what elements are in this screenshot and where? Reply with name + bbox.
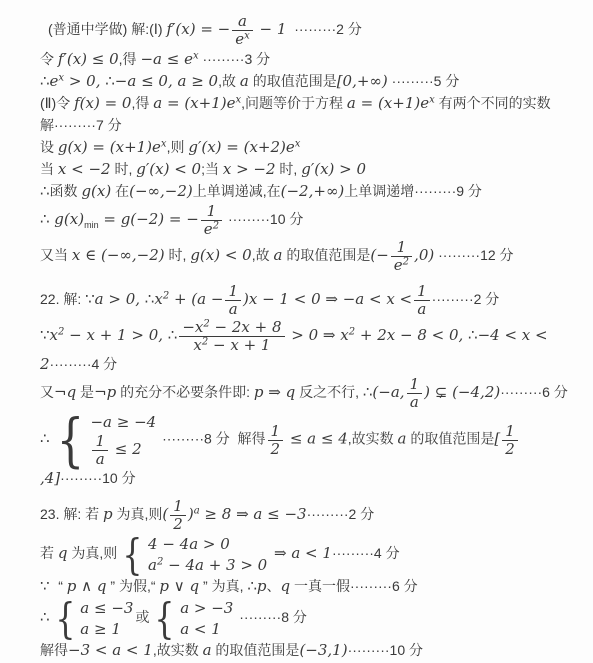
text-run: ⇒ a < 1 [269,544,332,562]
text-run: 或 [135,609,149,625]
text-run: p ⇒ q [254,383,295,401]
text-run: ,故 [252,247,274,263]
solution-line-18: ∴{a ≤ −3a ≥ 1或{a > −3a < 1 ·········8 分 [40,598,587,639]
text-run: ·········2 分 [432,291,500,307]
text-run: 1 [397,238,407,256]
text-run: ∴e [40,72,58,90]
fraction-denominator: 2 [268,441,284,458]
text-run: 是 [76,384,94,400]
text-run: a [203,641,212,659]
text-run: 1 [95,432,105,450]
text-run: ( [162,505,168,523]
text-run: 2 [173,515,183,533]
left-brace: { [55,600,75,638]
text-run: ·········12 分 [434,247,513,263]
fraction-denominator: a [407,394,423,411]
left-brace: { [56,414,84,466]
fraction-denominator: x2 − x + 1 [179,337,284,354]
text-run: 又当 [40,247,72,263]
text-run: [0,+∞) [337,72,388,90]
superscript: 2 [403,256,409,267]
cases-system: {4 − 4a > 0a2 − 4a + 3 > 0 [119,534,267,575]
text-run: ·········10 分 [348,642,423,658]
text-run: 、 [267,578,281,594]
solution-line-4: (Ⅱ)令 f(x) = 0,得 a = (x+1)ex,问题等价于方程 a = … [40,93,587,114]
text-run: 解·········7 分 [40,117,122,133]
text-run: ¬p [94,383,116,401]
fraction-denominator: ex [232,31,253,48]
text-run: a [229,300,238,318]
fraction: 12 [268,423,284,458]
superscript: x [244,30,250,41]
text-run: − x + 1 [208,336,270,354]
fraction-denominator: e2 [391,257,412,274]
solution-line-10: 又当 x ∈ (−∞,−2) 时, g(x) < 0,故 a 的取值范围是(−1… [40,239,587,274]
solution-line-9: ∴ g(x)min = g(−2) = −1e2 ·········10 分 [40,203,587,238]
text-run: (−∞,−2) [129,182,193,200]
text-run: 为真,则 [113,506,163,522]
cases-rows: a ≤ −3a ≥ 1 [80,598,133,639]
fraction-numerator: 1 [407,376,423,394]
text-run: a [148,556,157,574]
text-run: (−3,1) [299,641,347,659]
fraction-numerator: 1 [225,283,241,301]
text-run: 解得 [40,642,68,658]
fraction-numerator: a [232,13,253,31]
text-run: 1 [410,375,420,393]
fraction-numerator: 1 [170,498,186,516]
text-run: ∵x [40,326,58,344]
text-run: 的取值范围是 [212,642,300,658]
text-run: ,故 [218,73,240,89]
text-run: ·········5 分 [388,73,460,89]
fraction-denominator: a [92,451,108,468]
solution-line-8: ∴函数 g(x) 在(−∞,−2)上单调递减,在(−2,+∞)上单调递增····… [40,181,587,202]
text-run: p [103,505,113,523]
solution-line-5: 解·········7 分 [40,115,587,136]
cases-row: −a ≥ −4 [90,412,156,432]
text-run: ,则 [167,139,189,155]
text-run: ·········2 分 [286,21,361,37]
text-run: a ≥ 1 [80,620,121,638]
cases-row: a ≤ −3 [80,598,133,618]
text-run: 1 [417,282,427,300]
text-run: 的取值范围是 [249,73,337,89]
text-run: ≤ a ≤ 4 [285,430,348,448]
text-run: x > −2 [223,160,276,178]
fraction: aex [232,13,253,48]
text-run: 上单调递增·········9 分 [344,183,482,199]
text-run: 有两个不同的实数 [435,95,551,111]
text-run: 4 − 4a > 0 [148,535,230,553]
fraction: 1a [225,283,241,318]
text-run: −a ≤ e [140,50,193,68]
text-run: 若 [40,545,58,561]
fraction-numerator: 1 [92,433,108,451]
text-run: 令 [40,51,58,67]
fraction-numerator: 1 [268,423,284,441]
text-run: 1 [505,422,515,440]
solution-lines: (普通中学做) 解:(Ⅰ) f′(x) = −aex − 1 ·········… [40,13,587,661]
text-run: ·········4 分 [50,356,118,372]
fraction: 1a [92,433,108,468]
fraction: 1e2 [391,239,412,274]
text-run: −3 < a < 1 [68,641,153,659]
text-run: 上单调递减,在 [193,183,281,199]
text-run: (− [370,246,388,264]
text-run: ∴ [40,608,50,626]
superscript: x [295,138,301,149]
text-run: e [204,220,213,238]
fraction-numerator: 1 [201,203,222,221]
text-run: e [235,30,244,48]
solution-line-2: 令 f′(x) ≤ 0,得 −a ≤ ex ·········3 分 [40,49,587,70]
cases-row: a < 1 [180,619,233,639]
text-run: a ≤ −3 [80,599,133,617]
text-run: a [240,72,249,90]
solution-line-17: ∵ “ p ∧ q ” 为假,“ p ∨ q ” 为真, ∴p、q 一真一假··… [40,576,587,597]
text-run: 在 [111,183,129,199]
text-run: 为真,则 [68,545,118,561]
text-run: ) ⊊ (−4,2) [424,383,500,401]
cases-system: {a > −3a < 1 [151,598,233,639]
text-run: ·········10 分 [224,211,303,227]
fraction-denominator: e2 [201,221,222,238]
text-run: ·········3 分 [199,51,271,67]
text-run: a = (x+1)e [153,94,235,112]
solution-line-3: ∴ex > 0, ∴−a ≤ 0, a ≥ 0,故 a 的取值范围是[0,+∞)… [40,71,587,92]
text-run: ;当 [201,161,223,177]
solution-line-14: ∴{−a ≥ −41a ≤ 2 ·········8 分 解得12 ≤ a ≤ … [40,412,587,489]
cases-system: {a ≤ −3a ≥ 1 [52,598,134,639]
text-run: (普通中学做) 解:(Ⅰ) [48,21,166,37]
text-run: a < 1 [180,620,221,638]
fraction-numerator: 1 [391,239,412,257]
text-run: ,得 [131,95,153,111]
solution-document: (普通中学做) 解:(Ⅰ) f′(x) = −aex − 1 ·········… [0,0,593,663]
text-run: 22. 解: [40,291,85,307]
text-run: ,得 [119,51,141,67]
solution-line-16: 若 q 为真,则{4 − 4a > 0a2 − 4a + 3 > 0 ⇒ a <… [40,534,587,575]
text-run: 当 [40,161,58,177]
cases-row: 1a ≤ 2 [90,433,156,468]
fraction-numerator: 1 [414,283,430,301]
text-run: ≥ 8 ⇒ a ≤ −3 [200,505,307,523]
text-run: ≤ 2 [110,440,142,458]
fraction: 1e2 [201,203,222,238]
text-run: 1 [207,202,217,220]
text-run: 时, [111,161,137,177]
text-run: g′(x) > 0 [301,160,366,178]
fraction: −x2 − 2x + 8x2 − x + 1 [179,319,284,354]
text-run: q [281,577,291,595]
text-run: 的取值范围是 [282,247,370,263]
fraction: 1a [407,376,423,411]
fraction-numerator: −x2 − 2x + 8 [179,319,284,337]
fraction-denominator: 2 [502,441,518,458]
text-run: (Ⅱ)令 [40,95,74,111]
text-run: 时, [276,161,302,177]
text-run: ·········8 分 解得 [158,431,265,447]
text-run: 1 [228,282,238,300]
text-run: − x + 1 > 0, ∴ [64,326,177,344]
text-run: g(x) [81,182,111,200]
text-run: f(x) = 0 [74,94,131,112]
text-run: a [417,300,426,318]
text-run: a [96,450,105,468]
text-run: > 0, ∴−a ≤ 0, a ≥ 0 [64,72,218,90]
text-run: a > −3 [180,599,233,617]
text-run: a [410,393,419,411]
solution-line-7: 当 x < −2 时, g′(x) < 0;当 x > −2 时, g′(x) … [40,159,587,180]
text-run: 23. 解: 若 [40,506,103,522]
solution-line-19: 解得−3 < a < 1,故实数 a 的取值范围是(−3,1)·········… [40,640,587,661]
fraction: 12 [502,423,518,458]
fraction: 1a [414,283,430,318]
text-run: a = (x+1)e [347,94,429,112]
text-run: ¬q [54,383,76,401]
solution-line-6: 设 g(x) = (x+1)ex,则 g′(x) = (x+2)ex [40,137,587,158]
text-run: ∵a > 0, ∴x [85,290,163,308]
cases-row: a > −3 [180,598,233,618]
text-run: ∴ [40,182,50,200]
text-run: ,故实数 [348,431,398,447]
cases-system: {−a ≥ −41a ≤ 2 [52,412,157,468]
cases-row: a ≥ 1 [80,619,133,639]
text-run: 时, [165,247,191,263]
text-run: −x [182,318,203,336]
text-run: 2 [271,440,281,458]
cases-rows: −a ≥ −41a ≤ 2 [90,412,156,468]
text-run: (−2,+∞) [281,182,345,200]
text-run: ∴(−a, [363,383,405,401]
superscript: 2 [213,220,219,231]
solution-line-15: 23. 解: 若 p 为真,则(12)a ≥ 8 ⇒ a ≤ −3·······… [40,498,587,533]
text-run: p ∨ q [159,577,199,595]
text-run: ·········8 分 [235,609,307,625]
solution-line-13: 又¬q 是¬p 的充分不必要条件即: p ⇒ q 反之不行, ∴(−a,1a) … [40,376,587,411]
text-run: ∴ g(x) [40,210,84,228]
cases-row: 4 − 4a > 0 [148,534,267,554]
text-run: 2 [505,440,515,458]
text-run: ” 为假,“ [107,578,160,594]
text-run: g′(x) < 0 [136,160,201,178]
text-run: 的充分不必要条件即: [116,384,254,400]
text-run: f′(x) = − [166,20,230,38]
text-run: 函数 [50,183,82,199]
text-run: x [193,336,201,354]
fraction-numerator: 1 [502,423,518,441]
text-run: − 4a + 3 > 0 [163,556,267,574]
subscript: min [84,220,99,230]
text-run: = g(−2) = − [99,210,199,228]
left-brace: { [155,600,175,638]
text-run: 的取值范围是 [406,431,494,447]
text-run: x ∈ (−∞,−2) [72,246,165,264]
text-run: g(x) = (x+1)e [58,138,161,156]
text-run: f′(x) ≤ 0 [58,50,119,68]
text-run: −a ≥ −4 [90,413,156,431]
text-run: ” 为真, [199,578,247,594]
text-run: ∴p [247,577,266,595]
text-run: [ [494,430,500,448]
text-run: 反之不行, [295,384,363,400]
cases-rows: 4 − 4a > 0a2 − 4a + 3 > 0 [148,534,267,575]
text-run: ∴ [40,430,50,448]
text-run: 1 [271,422,281,440]
text-run: ·········6 分 [500,384,568,400]
cases-rows: a > −3a < 1 [180,598,233,639]
text-run: ,0) [414,246,434,264]
solution-line-12: ∵x2 − x + 1 > 0, ∴−x2 − 2x + 8x2 − x + 1… [40,319,587,375]
fraction: 12 [170,498,186,533]
text-run: 又 [40,384,54,400]
text-run: e [394,256,403,274]
text-run: ,故实数 [153,642,203,658]
text-run: ∵ [40,577,54,595]
text-run: ,问题等价于方程 [241,95,347,111]
text-run: + (a − [169,290,223,308]
text-run: > 0 ⇒ x [287,326,349,344]
text-run: x < −2 [58,160,111,178]
text-run: “ [54,578,66,594]
text-run: g(x) < 0 [190,246,251,264]
text-run: 设 [40,139,58,155]
text-run: 1 [173,497,183,515]
text-run: )x − 1 < 0 ⇒ −a < x < [243,290,412,308]
text-run: ·········4 分 [332,545,400,561]
text-run: − 1 [255,20,287,38]
fraction-denominator: a [414,301,430,318]
solution-line-11: 22. 解: ∵a > 0, ∴x2 + (a −1a)x − 1 < 0 ⇒ … [40,283,587,318]
solution-line-1: (普通中学做) 解:(Ⅰ) f′(x) = −aex − 1 ·········… [40,13,587,48]
left-brace: { [123,536,143,574]
cases-row: a2 − 4a + 3 > 0 [148,555,267,575]
text-run: g′(x) = (x+2)e [188,138,294,156]
text-run: 一真一假·········6 分 [290,578,418,594]
fraction-denominator: 2 [170,516,186,533]
text-run: q [58,544,68,562]
text-run: ·········2 分 [307,506,375,522]
fraction-denominator: a [225,301,241,318]
text-run: a [238,12,247,30]
text-run: p ∧ q [67,577,107,595]
text-run: − 2x + 8 [210,318,282,336]
